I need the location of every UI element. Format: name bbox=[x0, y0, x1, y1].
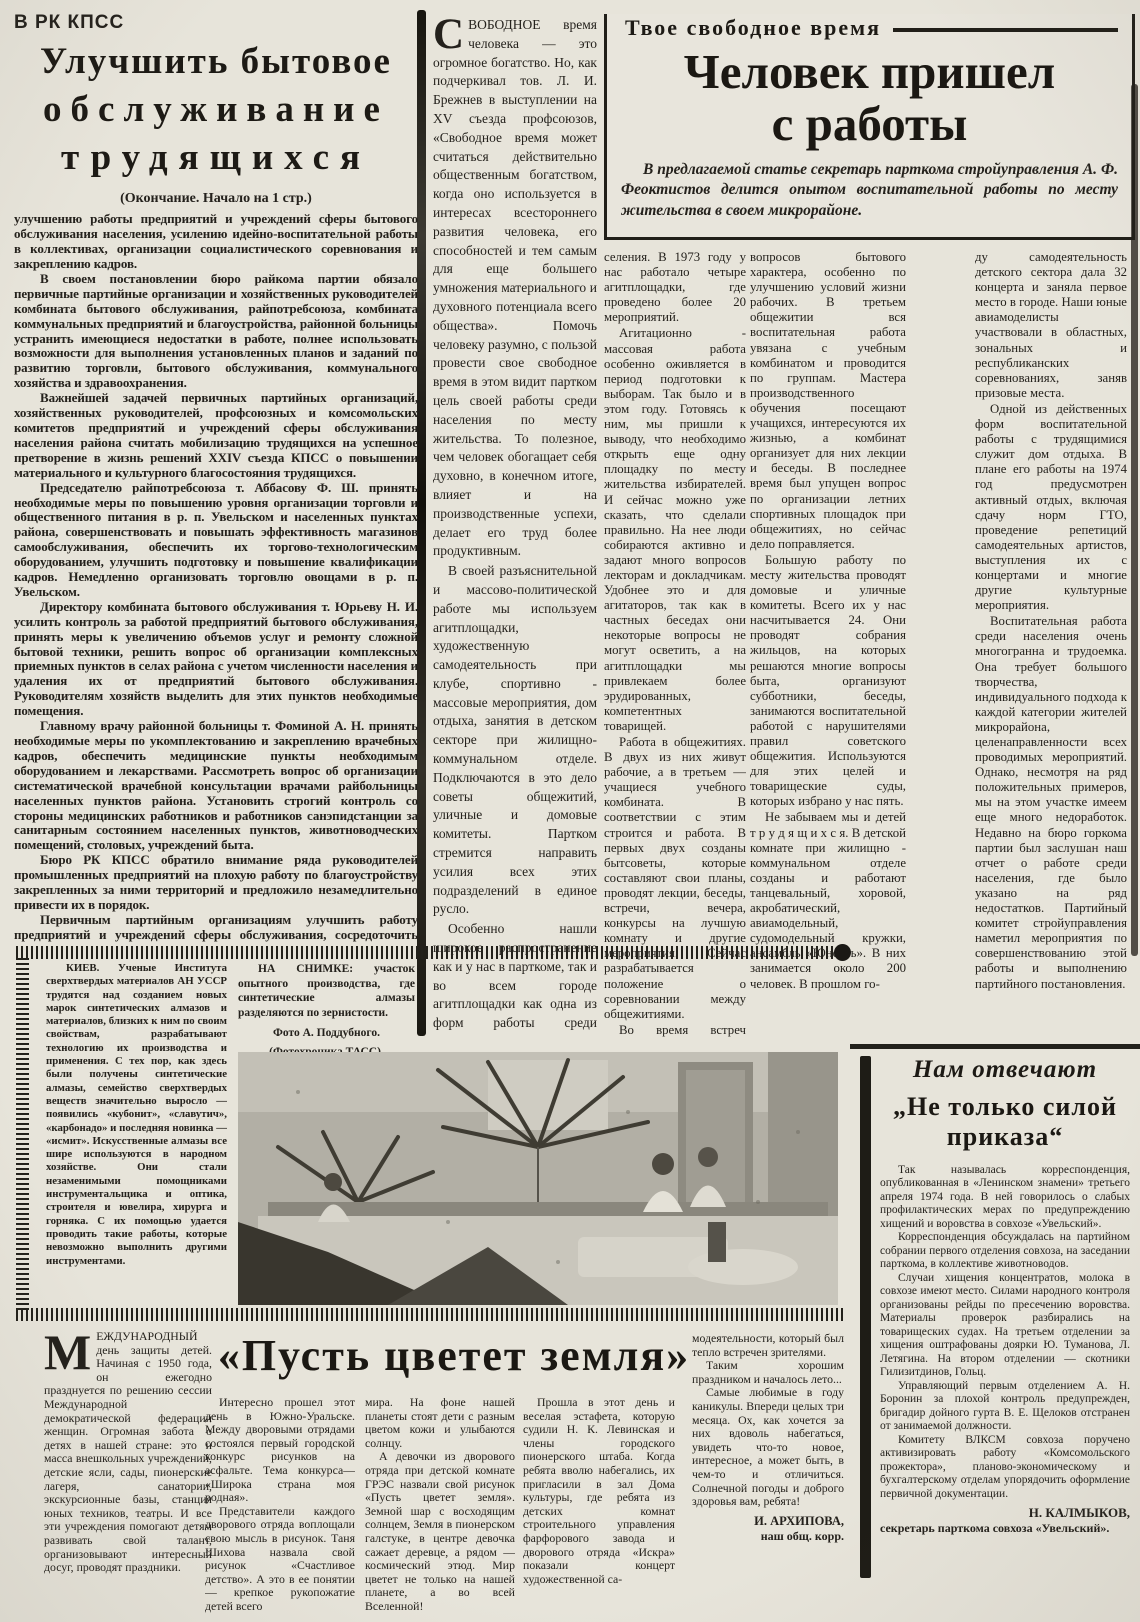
freetime-column-1: СВОБОДНОЕ время человека — это огромное … bbox=[433, 16, 597, 1034]
paragraph: Председателю райпотребсоюза т. Аббасову … bbox=[14, 481, 418, 600]
section-rule bbox=[850, 1044, 1140, 1049]
paragraph: Особенно нашли широкое распространение к… bbox=[433, 920, 597, 1034]
paragraph: Таким хорошим праздником и началось лето… bbox=[692, 1359, 844, 1386]
paragraph: модеятельности, который был тепло встреч… bbox=[692, 1332, 844, 1359]
hatch-rule-left bbox=[16, 958, 29, 1310]
section-divider-bar bbox=[860, 1056, 871, 1578]
bloom-column-3: Прошла в этот день и веселая эстафета, к… bbox=[523, 1396, 675, 1618]
paragraph: Самые любимые в году каникулы. Впереди ц… bbox=[692, 1386, 844, 1508]
paragraph: Агитационно - массовая работа особенно о… bbox=[604, 326, 746, 734]
paragraph: Директору комбината бытового обслуживани… bbox=[14, 600, 418, 719]
article-title: „Не только силой приказа“ bbox=[880, 1092, 1130, 1152]
title-line: трудящихся bbox=[14, 134, 418, 182]
paragraph: Корреспонденция обсуждалась на партийном… bbox=[880, 1231, 1130, 1272]
paragraph: Случаи хищения концентратов, молока в со… bbox=[880, 1272, 1130, 1380]
paragraph: А девочки из дворового отряда при детско… bbox=[365, 1450, 515, 1613]
bloom-article-title: «Пусть цветет земля» bbox=[203, 1330, 705, 1381]
freetime-column-2: селения. В 1973 году у нас работало четы… bbox=[604, 250, 746, 1038]
section-kicker: Нам отвечают bbox=[880, 1056, 1130, 1084]
headline-box-top: Твое свободное время bbox=[621, 14, 1118, 44]
article-rk-kpss: В РК КПСС Улучшить бытовое обслуживание … bbox=[14, 12, 418, 942]
photo-credit: Фото А. Поддубного. bbox=[238, 1027, 415, 1039]
paragraph: Управляющий первым отделением А. Н. Боро… bbox=[880, 1380, 1130, 1434]
hatch-rule-top bbox=[16, 946, 834, 959]
title-line: „Не только силой bbox=[880, 1092, 1130, 1122]
article-title: Улучшить бытовое обслуживание трудящихся bbox=[14, 38, 418, 182]
freetime-headline-box: Твое свободное время Человек пришел с ра… bbox=[604, 14, 1135, 240]
article-body: Так называлась корреспонденция, опублико… bbox=[880, 1164, 1130, 1502]
paragraph: ду самодеятельность детского сектора дал… bbox=[975, 250, 1127, 401]
photo-caption-block: НА СНИМКЕ: участок опытного производства… bbox=[238, 962, 415, 1058]
paragraph: улучшению работы предприятий и учреждени… bbox=[14, 212, 418, 272]
paragraph: МЕЖДУНАРОДНЫЙ день защиты детей. Начиная… bbox=[44, 1330, 212, 1575]
bloom-column-2: мира. На фоне нашей планеты стоят дети с… bbox=[365, 1396, 515, 1618]
newspaper-page: В РК КПСС Улучшить бытовое обслуживание … bbox=[0, 0, 1140, 1622]
paragraph: мира. На фоне нашей планеты стоят дети с… bbox=[365, 1396, 515, 1450]
title-line: Улучшить бытовое bbox=[14, 38, 418, 86]
continuation-note: (Окончание. Начало на 1 стр.) bbox=[14, 191, 418, 207]
bloom-column-1: Интересно прошел этот день в Южно-Уральс… bbox=[205, 1396, 355, 1618]
drop-cap: М bbox=[44, 1330, 96, 1372]
signature-name: Н. КАЛМЫКОВ, bbox=[880, 1505, 1130, 1521]
column-divider-bar bbox=[417, 10, 426, 1036]
photo-illustration bbox=[238, 1052, 838, 1305]
paragraph: селения. В 1973 году у нас работало четы… bbox=[604, 250, 746, 325]
paragraph: Комитету ВЛКСМ совхоза поручено активизи… bbox=[880, 1434, 1130, 1502]
paragraph: Интересно прошел этот день в Южно-Уральс… bbox=[205, 1396, 355, 1505]
paragraph: Воспитательная работа среди населения оч… bbox=[975, 614, 1127, 991]
signature-role: наш общ. корр. bbox=[692, 1529, 844, 1544]
paragraph: Работа в общежитиях. В двух из них живут… bbox=[604, 735, 746, 1022]
article-kicker: Твое свободное время bbox=[621, 14, 881, 44]
article-kiev-diamonds: КИЕВ. Ученые Института сверхтвердых мате… bbox=[46, 962, 227, 1314]
paragraph: Первичным партийным организациям улучшит… bbox=[14, 913, 418, 942]
hatch-rule-end-dot bbox=[834, 944, 851, 961]
signature-role: секретарь парткома совхоза «Увельский». bbox=[880, 1521, 1130, 1536]
paragraph: Представители каждого дворового отряда в… bbox=[205, 1505, 355, 1614]
paragraph: Одной из действенных форм воспитательной… bbox=[975, 402, 1127, 613]
paragraph: Главному врачу районной больницы т. Фоми… bbox=[14, 719, 418, 853]
bloom-column-4: модеятельности, который был тепло встреч… bbox=[692, 1332, 844, 1618]
article-title: Человек пришел с работы bbox=[621, 46, 1118, 150]
article-children-day: МЕЖДУНАРОДНЫЙ день защиты детей. Начиная… bbox=[44, 1330, 212, 1618]
photo-image bbox=[238, 1052, 838, 1305]
paragraph: Прошла в этот день и веселая эстафета, к… bbox=[523, 1396, 675, 1586]
photo-caption: НА СНИМКЕ: участок опытного производства… bbox=[238, 962, 415, 1020]
title-line: обслуживание bbox=[14, 86, 418, 134]
title-line: приказа“ bbox=[880, 1122, 1130, 1152]
paragraph: Большую работу по месту жительства прово… bbox=[750, 553, 906, 810]
signature-name: И. АРХИПОВА, bbox=[692, 1514, 844, 1529]
freetime-column-3: вопросов бытового характера, особенно по… bbox=[750, 250, 906, 1038]
paragraph: Во время встреч руководителей с рабочими… bbox=[604, 1023, 746, 1038]
article-kicker: В РК КПСС bbox=[14, 12, 418, 34]
paragraph: Бюро РК КПСС обратило внимание ряда руко… bbox=[14, 853, 418, 913]
paragraph: Не забываем мы и детей т р у д я щ и х с… bbox=[750, 810, 906, 991]
drop-cap: С bbox=[433, 16, 468, 51]
kicker-rule bbox=[893, 28, 1118, 32]
freetime-column-4: ду самодеятельность детского сектора дал… bbox=[975, 250, 1127, 1038]
paragraph: СВОБОДНОЕ время человека — это огромное … bbox=[433, 16, 597, 561]
title-line: Человек пришел bbox=[621, 46, 1118, 98]
paragraph: вопросов бытового характера, особенно по… bbox=[750, 250, 906, 552]
paragraph: Так называлась корреспонденция, опублико… bbox=[880, 1164, 1130, 1232]
title-line: с работы bbox=[621, 98, 1118, 150]
article-answers: Нам отвечают „Не только силой приказа“ Т… bbox=[880, 1056, 1130, 1622]
paragraph: Важнейшей задачей первичных партийных ор… bbox=[14, 391, 418, 480]
paragraph: В своей разъяснительной и массово-полити… bbox=[433, 562, 597, 919]
article-body: улучшению работы предприятий и учреждени… bbox=[14, 212, 418, 942]
paragraph: КИЕВ. Ученые Института сверхтвердых мате… bbox=[46, 962, 227, 1268]
paragraph: В своем постановлении бюро райкома парти… bbox=[14, 272, 418, 391]
article-lead: В предлагаемой статье секретарь парткома… bbox=[621, 160, 1118, 221]
